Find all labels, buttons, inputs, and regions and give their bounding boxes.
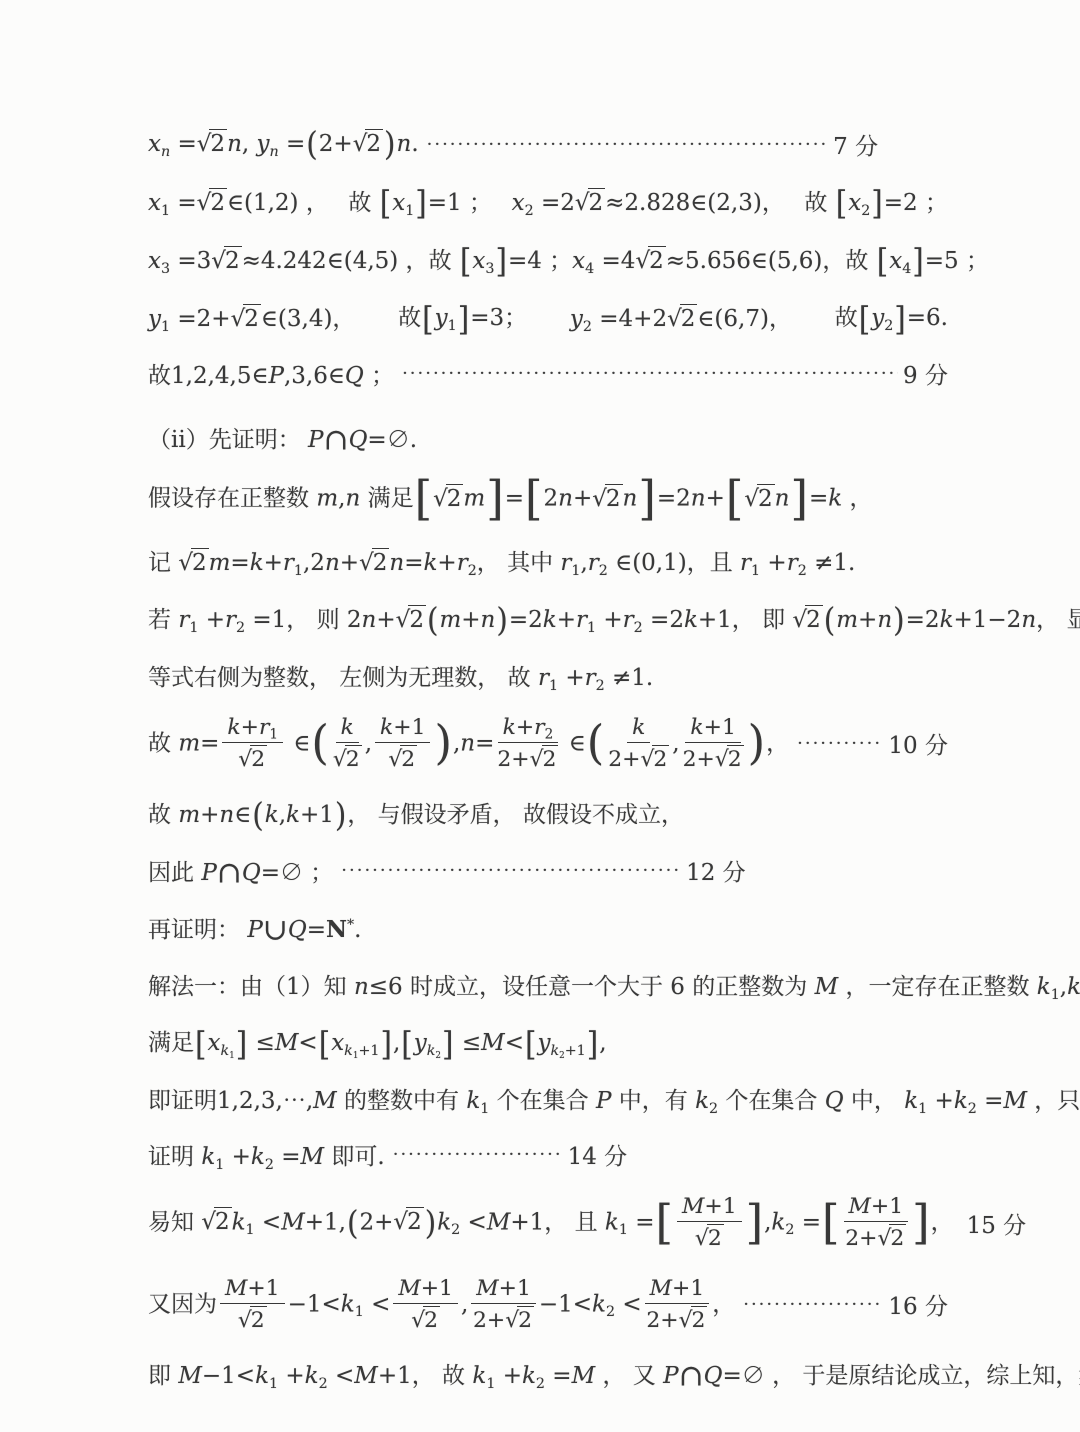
math-segment: 故[y2]=6. <box>835 299 948 334</box>
math-segment: x2 =2√2≈2.828∈(2,3)， <box>512 184 785 218</box>
math-segment: 即 M−1<k1 +k2 <M+1， 故 k1 +k2 =M ， 又 P∩Q=∅… <box>148 1357 1080 1391</box>
text-line: 即 M−1<k1 +k2 <M+1， 故 k1 +k2 =M ， 又 P∩Q=∅… <box>148 1357 948 1391</box>
math-segment: 解法一：由（1）知 n≤6 时成立，设任意一个大于 6 的正整数为 M ，一定存… <box>148 968 1080 1001</box>
math-segment: xn =√2n, yn =(2+√2)n. <box>148 129 419 160</box>
text-line: 证明 k1 +k2 =M 即可.······················14… <box>148 1138 948 1171</box>
dot-leader: ········································… <box>402 365 898 383</box>
text-line: 解法一：由（1）知 n≤6 时成立，设任意一个大于 6 的正整数为 M ，一定存… <box>148 968 948 1001</box>
score-label: 16 分 <box>888 1288 948 1321</box>
score-label: 10 分 <box>888 727 948 760</box>
math-segment: 故 [x1]=1 ； <box>348 184 492 219</box>
text-line: 再证明： P∪Q=N*. <box>148 911 948 945</box>
math-segment: x3 =3√2≈4.242∈(4,5) ， <box>148 242 429 276</box>
text-line: 又因为M+1√2−1<k1 <M+1√2,M+12+√2−1<k2 <M+12+… <box>148 1276 948 1335</box>
text-line: 故 m=k+r1√2 ∈(k√2,k+1√2),n=k+r22+√2 ∈(k2+… <box>148 715 948 774</box>
text-line: 记 √2m=k+r1,2n+√2n=k+r2， 其中 r1,r2 ∈(0,1)，… <box>148 544 948 578</box>
score-label: 15 分 <box>967 1207 1027 1240</box>
text-line: 等式右侧为整数， 左侧为无理数， 故 r1 +r2 ≠1. <box>148 659 948 692</box>
dot-leader: ········································… <box>427 136 829 154</box>
text-line: 即证明1,2,3,⋯,M 的整数中有 k1 个在集合 P 中，有 k2 个在集合… <box>148 1082 948 1115</box>
dot-leader: ·············· <box>797 735 883 753</box>
score-label: 7 分 <box>833 128 878 161</box>
math-segment: 故 [x3]=4 ； <box>429 242 573 277</box>
math-segment: 证明 k1 +k2 =M 即可. <box>148 1138 385 1171</box>
math-segment: y1 =2+√2∈(3,4)， <box>148 300 355 334</box>
math-segment: 记 √2m=k+r1,2n+√2n=k+r2， 其中 r1,r2 ∈(0,1)，… <box>148 544 855 578</box>
text-line: x1 =√2∈(1,2) ，故 [x1]=1 ；x2 =2√2≈2.828∈(2… <box>148 184 948 219</box>
math-segment: 因此 P∩Q=∅ ； <box>148 854 333 888</box>
math-segment: （ii）先证明： P∩Q=∅. <box>148 421 417 455</box>
math-segment: y2 =4+2√2∈(6,7)， <box>570 300 792 334</box>
score-label: 12 分 <box>686 854 746 887</box>
math-segment: 又因为M+1√2−1<k1 <M+1√2,M+12+√2−1<k2 <M+12+… <box>148 1276 735 1335</box>
document-body: xn =√2n, yn =(2+√2)n.···················… <box>148 128 948 1391</box>
math-segment: 若 r1 +r2 =1， 则 2n+√2(m+n)=2k+r1 +r2 =2k+… <box>148 601 1080 636</box>
math-segment: 故[y1]=3； <box>398 299 527 334</box>
text-line: y1 =2+√2∈(3,4)，故[y1]=3；y2 =4+2√2∈(6,7)，故… <box>148 299 948 334</box>
scanned-math-solution-page: xn =√2n, yn =(2+√2)n.···················… <box>0 0 1080 1432</box>
text-line: 故1,2,4,5∈P,3,6∈Q ；······················… <box>148 357 948 390</box>
text-line: xn =√2n, yn =(2+√2)n.···················… <box>148 128 948 161</box>
text-line: 若 r1 +r2 =1， 则 2n+√2(m+n)=2k+r1 +r2 =2k+… <box>148 601 948 636</box>
math-segment: 等式右侧为整数， 左侧为无理数， 故 r1 +r2 ≠1. <box>148 659 653 692</box>
text-line: （ii）先证明： P∩Q=∅. <box>148 421 948 455</box>
dot-leader: ······················ <box>393 1146 563 1164</box>
math-segment: 满足[xk1] ≤M<[xk1+1],[yk2] ≤M<[yk2+1], <box>148 1024 607 1059</box>
text-line: 满足[xk1] ≤M<[xk1+1],[yk2] ≤M<[yk2+1], <box>148 1024 948 1059</box>
score-label: 14 分 <box>568 1138 628 1171</box>
math-segment: 假设存在正整数 m,n 满足[√2m]=[2n+√2n]=2n+[√2n]=k … <box>148 478 873 521</box>
text-line: 假设存在正整数 m,n 满足[√2m]=[2n+√2n]=2n+[√2n]=k … <box>148 478 948 521</box>
score-label: 9 分 <box>903 357 948 390</box>
text-line: x3 =3√2≈4.242∈(4,5) ，故 [x3]=4 ；x4 =4√2≈5… <box>148 242 948 277</box>
math-segment: 再证明： P∪Q=N*. <box>148 911 361 945</box>
dot-leader: ········································… <box>341 862 681 880</box>
math-segment: 故 [x4]=5 ； <box>845 242 989 277</box>
math-segment: 故1,2,4,5∈P,3,6∈Q ； <box>148 357 394 390</box>
math-segment: 即证明1,2,3,⋯,M 的整数中有 k1 个在集合 P 中，有 k2 个在集合… <box>148 1082 1080 1115</box>
dot-leader: ······················· <box>743 1296 883 1314</box>
math-segment: x1 =√2∈(1,2) ， <box>148 184 329 218</box>
math-segment: 故 m=k+r1√2 ∈(k√2,k+1√2),n=k+r22+√2 ∈(k2+… <box>148 715 789 774</box>
text-line: 故 m+n∈(k,k+1)， 与假设矛盾， 故假设不成立， <box>148 796 948 831</box>
math-segment: 易知 √2k1 <M+1,(2+√2)k2 <M+1， 且 k1 =[M+1√2… <box>148 1194 954 1253</box>
text-line: 因此 P∩Q=∅ ；······························… <box>148 854 948 888</box>
math-segment: 故 m+n∈(k,k+1)， 与假设矛盾， 故假设不成立， <box>148 796 684 831</box>
text-line: 易知 √2k1 <M+1,(2+√2)k2 <M+1， 且 k1 =[M+1√2… <box>148 1194 948 1253</box>
math-segment: 故 [x2]=2 ； <box>804 184 948 219</box>
math-segment: x4 =4√2≈5.656∈(5,6)， <box>572 242 845 276</box>
